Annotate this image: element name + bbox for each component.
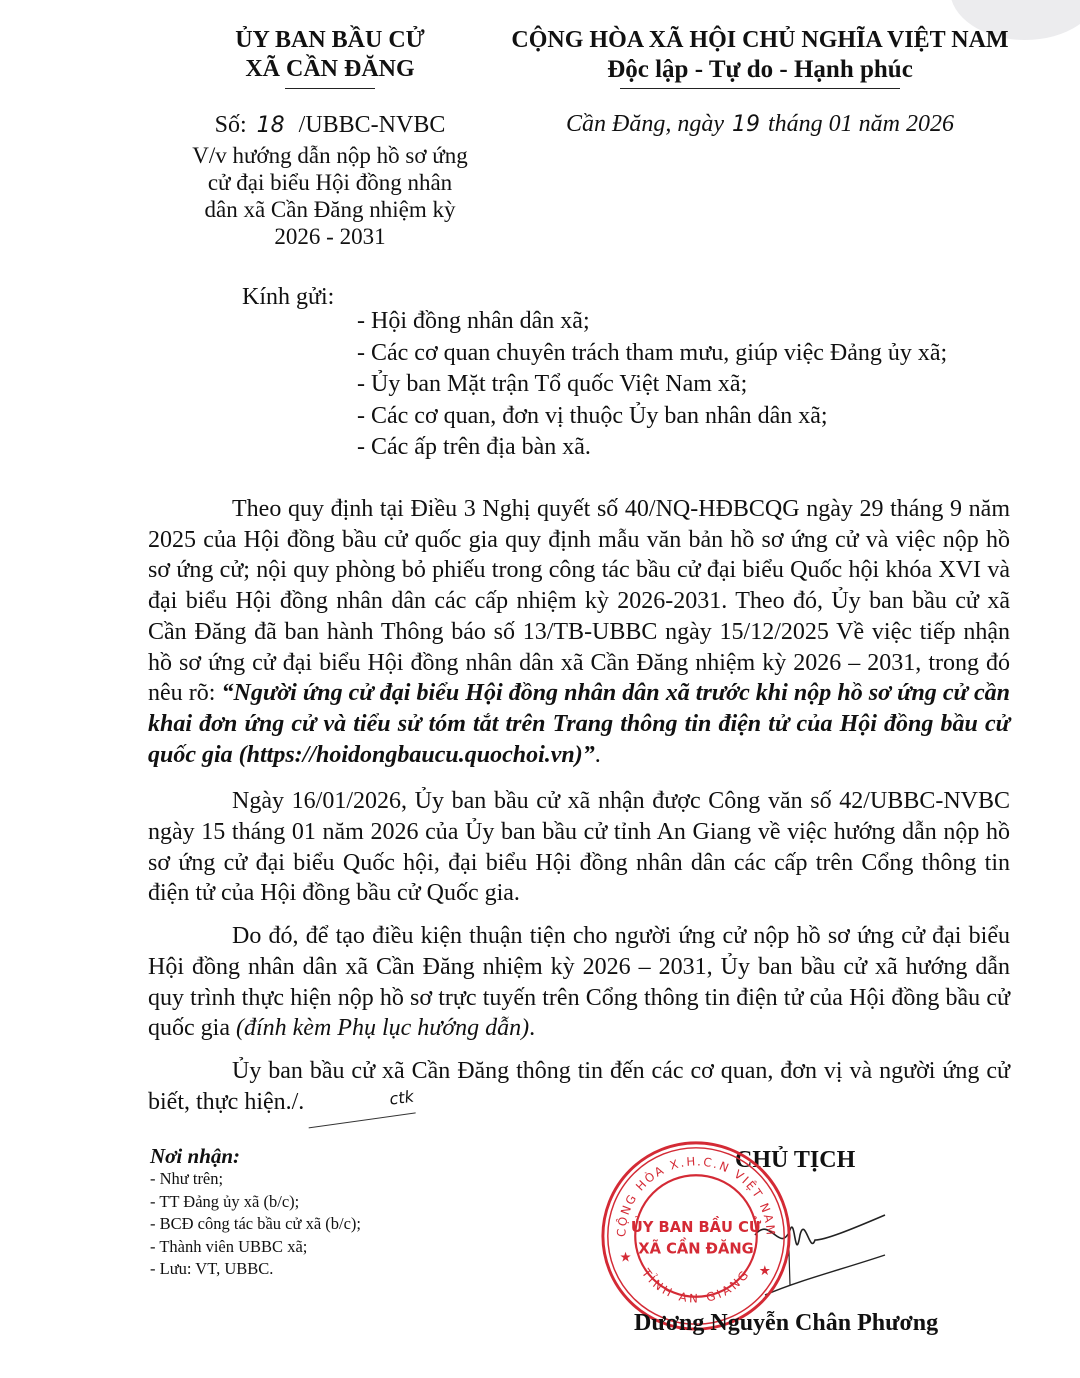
paragraph-2: Ngày 16/01/2026, Ủy ban bầu cử xã nhận đ… (148, 786, 1010, 909)
paragraph-3-italic: (đính kèm Phụ lục hướng dẫn) (236, 1015, 529, 1041)
issuer-underline (285, 88, 375, 89)
nation-title: CỘNG HÒA XÃ HỘI CHỦ NGHĨA VIỆT NAM (490, 26, 1030, 55)
document-number-suffix: /UBBC-NVBC (299, 112, 446, 138)
paragraph-1: Theo quy định tại Điều 3 Nghị quyết số 4… (148, 494, 1010, 770)
national-motto: Độc lập - Tự do - Hạnh phúc (490, 55, 1030, 85)
distribution-list: Nơi nhận: - Như trên; - TT Đảng ủy xã (b… (150, 1144, 361, 1281)
subject-line-3: dân xã Cần Đăng nhiệm kỳ (130, 196, 530, 223)
paragraph-1-quote: “Người ứng cử đại biểu Hội đồng nhân dân… (148, 680, 1010, 767)
subject-line-1: V/v hướng dẫn nộp hồ sơ ứng (130, 142, 530, 169)
document-number: Số: 18/UBBC-NVBC (130, 111, 530, 140)
distribution-item: - Lưu: VT, UBBC. (150, 1258, 361, 1281)
distribution-title: Nơi nhận: (150, 1144, 361, 1168)
issuer-name-line2: XÃ CẦN ĐĂNG (130, 55, 530, 84)
recipients-list: - Hội đồng nhân dân xã; - Các cơ quan ch… (357, 306, 947, 464)
national-header: CỘNG HÒA XÃ HỘI CHỦ NGHĨA VIỆT NAM Độc l… (490, 26, 1030, 138)
svg-text:TỈNH AN GIANG: TỈNH AN GIANG (638, 1265, 753, 1305)
date-suffix: tháng 01 năm 2026 (768, 111, 954, 137)
recipient-item: - Hội đồng nhân dân xã; (357, 306, 947, 338)
paragraph-3-end: . (529, 1015, 535, 1041)
seal-center-line2: XÃ CẦN ĐĂNG (638, 1239, 753, 1258)
issuer-header: ỦY BAN BẦU CỬ XÃ CẦN ĐĂNG Số: 18/UBBC-NV… (130, 26, 530, 250)
paragraph-1-text: Theo quy định tại Điều 3 Nghị quyết số 4… (148, 496, 1010, 706)
paragraph-4-text: Ủy ban bầu cử xã Cần Đăng thông tin đến … (148, 1058, 1010, 1115)
motto-underline (620, 88, 900, 89)
recipient-item: - Các ấp trên địa bàn xã. (357, 432, 947, 464)
date-day-handwritten: 19 (730, 112, 762, 137)
seal-bottom-text: TỈNH AN GIANG (638, 1265, 753, 1305)
recipients-label: Kính gửi: (242, 284, 334, 311)
paragraph-3: Do đó, để tạo điều kiện thuận tiện cho n… (148, 921, 1010, 1044)
issuer-name-line1: ỦY BAN BẦU CỬ (130, 26, 530, 55)
recipient-item: - Các cơ quan chuyên trách tham mưu, giú… (357, 338, 947, 370)
distribution-item: - TT Đảng ủy xã (b/c); (150, 1191, 361, 1214)
distribution-item: - Thành viên UBBC xã; (150, 1236, 361, 1259)
distribution-item: - BCĐ công tác bầu cử xã (b/c); (150, 1213, 361, 1236)
document-date: Cần Đăng, ngày 19 tháng 01 năm 2026 (490, 111, 1030, 138)
paragraph-4: Ủy ban bầu cử xã Cần Đăng thông tin đến … (148, 1056, 1010, 1120)
recipient-item: - Ủy ban Mặt trận Tổ quốc Việt Nam xã; (357, 369, 947, 401)
document-number-label: Số: (215, 112, 247, 138)
subject-line-2: cử đại biểu Hội đồng nhân (130, 169, 530, 196)
subject-line: V/v hướng dẫn nộp hồ sơ ứng cử đại biểu … (130, 142, 530, 250)
distribution-item: - Như trên; (150, 1168, 361, 1191)
document-body: Theo quy định tại Điều 3 Nghị quyết số 4… (148, 494, 1010, 1132)
handwritten-initials: ctk (305, 1081, 417, 1127)
seal-star-icon: ★ (759, 1263, 771, 1278)
date-prefix: Cần Đăng, ngày (566, 111, 724, 137)
subject-line-4: 2026 - 2031 (130, 223, 530, 250)
recipient-item: - Các cơ quan, đơn vị thuộc Ủy ban nhân … (357, 401, 947, 433)
document-number-handwritten: 18 (253, 113, 299, 138)
seal-center-line1: ỦY BAN BẦU CỬ (631, 1217, 762, 1236)
signer-name: Dương Nguyễn Chân Phương (634, 1310, 938, 1337)
paragraph-1-end: . (595, 742, 601, 768)
seal-star-icon: ★ (620, 1249, 632, 1264)
official-seal-icon: CỘNG HÒA X.H.C.N VIỆT NAM TỈNH AN GIANG … (598, 1138, 794, 1334)
